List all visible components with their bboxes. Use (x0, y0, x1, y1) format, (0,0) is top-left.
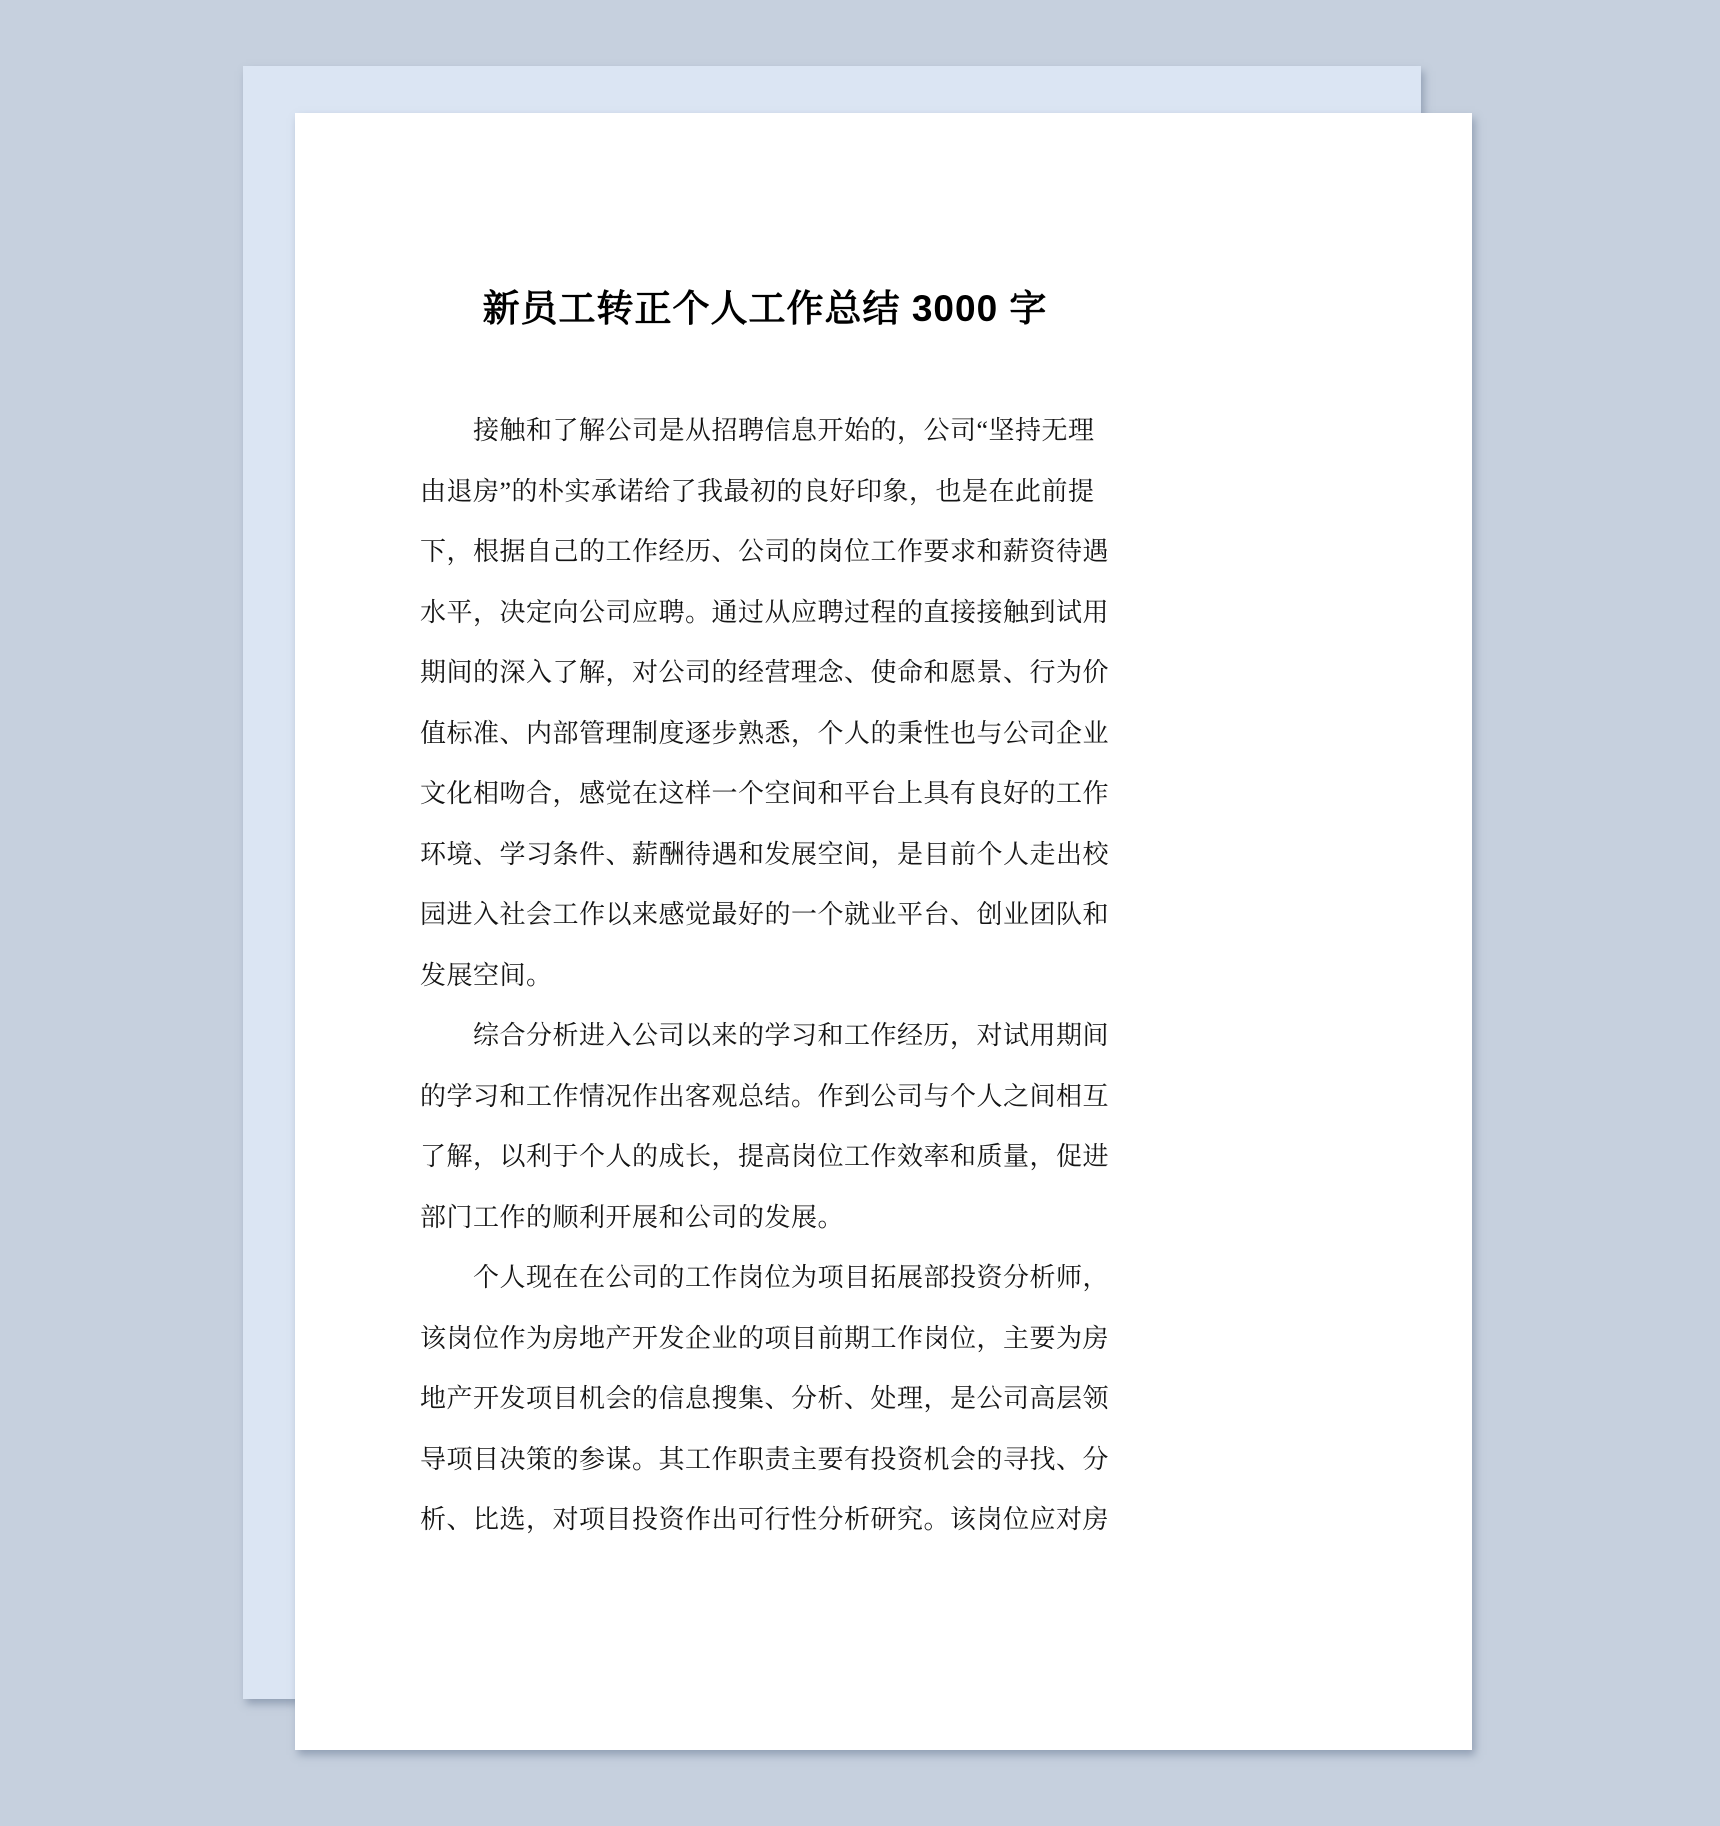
text-line: 个人现在在公司的工作岗位为项目拓展部投资分析师， (420, 1248, 1120, 1309)
text-line: 文化相吻合，感觉在这样一个空间和平台上具有良好的工作 (420, 764, 1120, 825)
text-line: 接触和了解公司是从招聘信息开始的，公司“坚持无理 (420, 401, 1120, 462)
text-line: 的学习和工作情况作出客观总结。作到公司与个人之间相互 (420, 1067, 1120, 1128)
text-line: 部门工作的顺利开展和公司的发展。 (420, 1188, 1120, 1249)
text-line: 发展空间。 (420, 946, 1120, 1007)
text-line: 了解，以利于个人的成长，提高岗位工作效率和质量，促进 (420, 1127, 1120, 1188)
text-line: 导项目决策的参谋。其工作职责主要有投资机会的寻找、分 (420, 1430, 1120, 1491)
text-line: 析、比选，对项目投资作出可行性分析研究。该岗位应对房 (420, 1490, 1120, 1551)
text-line: 值标准、内部管理制度逐步熟悉，个人的秉性也与公司企业 (420, 704, 1120, 765)
text-line: 环境、学习条件、薪酬待遇和发展空间，是目前个人走出校 (420, 825, 1120, 886)
text-line: 期间的深入了解，对公司的经营理念、使命和愿景、行为价 (420, 643, 1120, 704)
document-title: 新员工转正个人工作总结 3000 字 (420, 278, 1110, 332)
text-line: 该岗位作为房地产开发企业的项目前期工作岗位，主要为房 (420, 1309, 1120, 1370)
text-line: 园进入社会工作以来感觉最好的一个就业平台、创业团队和 (420, 885, 1120, 946)
text-line: 下，根据自己的工作经历、公司的岗位工作要求和薪资待遇 (420, 522, 1120, 583)
text-line: 水平，决定向公司应聘。通过从应聘过程的直接接触到试用 (420, 583, 1120, 644)
text-line: 综合分析进入公司以来的学习和工作经历，对试用期间 (420, 1006, 1120, 1067)
text-line: 地产开发项目机会的信息搜集、分析、处理，是公司高层领 (420, 1369, 1120, 1430)
text-line: 由退房”的朴实承诺给了我最初的良好印象，也是在此前提 (420, 462, 1120, 523)
document-page: 新员工转正个人工作总结 3000 字 接触和了解公司是从招聘信息开始的，公司“坚… (295, 113, 1472, 1750)
document-body: 接触和了解公司是从招聘信息开始的，公司“坚持无理 由退房”的朴实承诺给了我最初的… (420, 401, 1120, 1551)
